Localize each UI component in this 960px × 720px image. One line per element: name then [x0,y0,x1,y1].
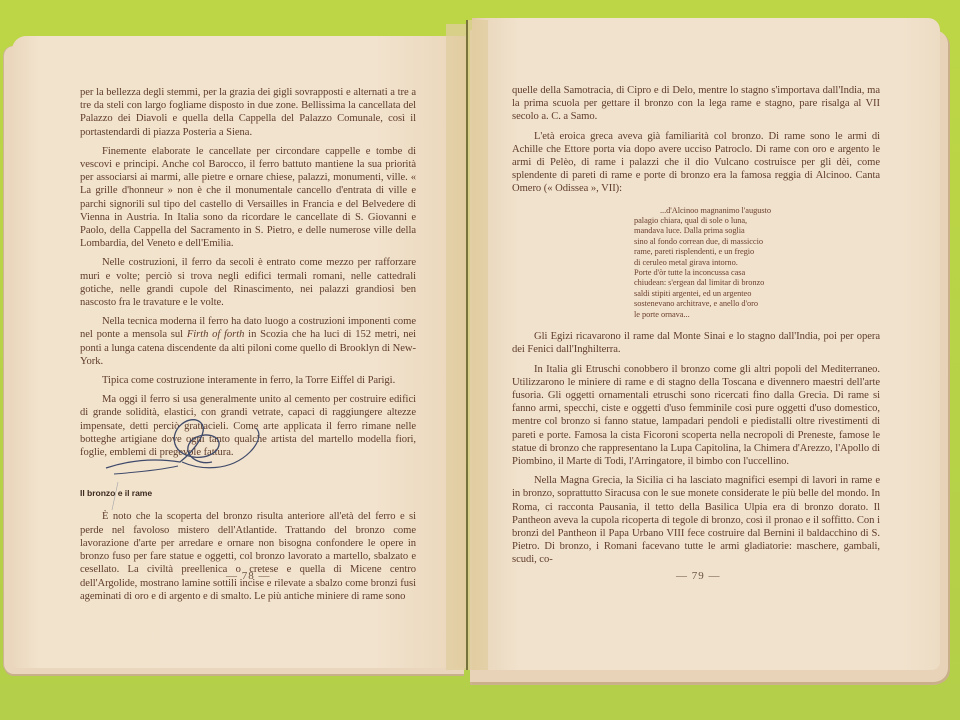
paragraph: Tipica come costruzione interamente in f… [80,374,416,387]
paragraph: Finemente elaborate le cancellate per ci… [80,145,416,251]
open-book: per la bellezza degli stemmi, per la gra… [0,0,960,720]
paragraph: È noto che la scoperta del bronzo risult… [80,510,416,602]
pen-scribble-icon [100,400,280,510]
page-number: — 79 — [676,570,721,582]
paragraph: Nelle costruzioni, il ferro da secoli è … [80,256,416,309]
paragraph: Nella tecnica moderna il ferro ha dato l… [80,315,416,368]
paragraph: Gli Egizi ricavarono il rame dal Monte S… [512,330,880,356]
poem-line: chiudean: s'ergean dal limitar di bronzo [634,278,880,288]
poem-line: ...d'Alcinoo magnanimo l'augusto [634,206,880,216]
left-page-text: per la bellezza degli stemmi, per la gra… [80,86,416,603]
poem-line: sino al fondo correan due, di massiccio [634,237,880,247]
poem-line: rame, pareti risplendenti, e un fregio [634,247,880,257]
paragraph: L'età eroica greca aveva già familiarità… [512,130,880,196]
book-spine [466,20,468,670]
poem-line: palagio chiara, qual di sole o luna, [634,216,880,226]
paragraph: per la bellezza degli stemmi, per la gra… [80,86,416,139]
gutter-tape-left [446,24,466,670]
poem-line: sostenevano architrave, e anello d'oro [634,299,880,309]
poem-line: saldi stipiti argentei, ed un argenteo [634,289,880,299]
right-page-text: quelle della Samotracia, di Cipro e di D… [512,84,880,567]
page-number: — 78 — [226,570,271,582]
gutter-tape-right [468,20,488,670]
poem-line: mandava luce. Dalla prima soglia [634,226,880,236]
poem-line: di ceruleo metal girava intorno. [634,258,880,268]
paragraph: quelle della Samotracia, di Cipro e di D… [512,84,880,124]
paragraph: Nella Magna Grecia, la Sicilia ci ha las… [512,474,880,566]
poem-line: Porte d'òr tutte la inconcussa casa [634,268,880,278]
paragraph: In Italia gli Etruschi conobbero il bron… [512,363,880,469]
poem-quotation: ...d'Alcinoo magnanimo l'augusto palagio… [634,206,880,320]
italic-term: Firth of forth [187,329,245,340]
poem-line: le porte ornava... [634,310,880,320]
